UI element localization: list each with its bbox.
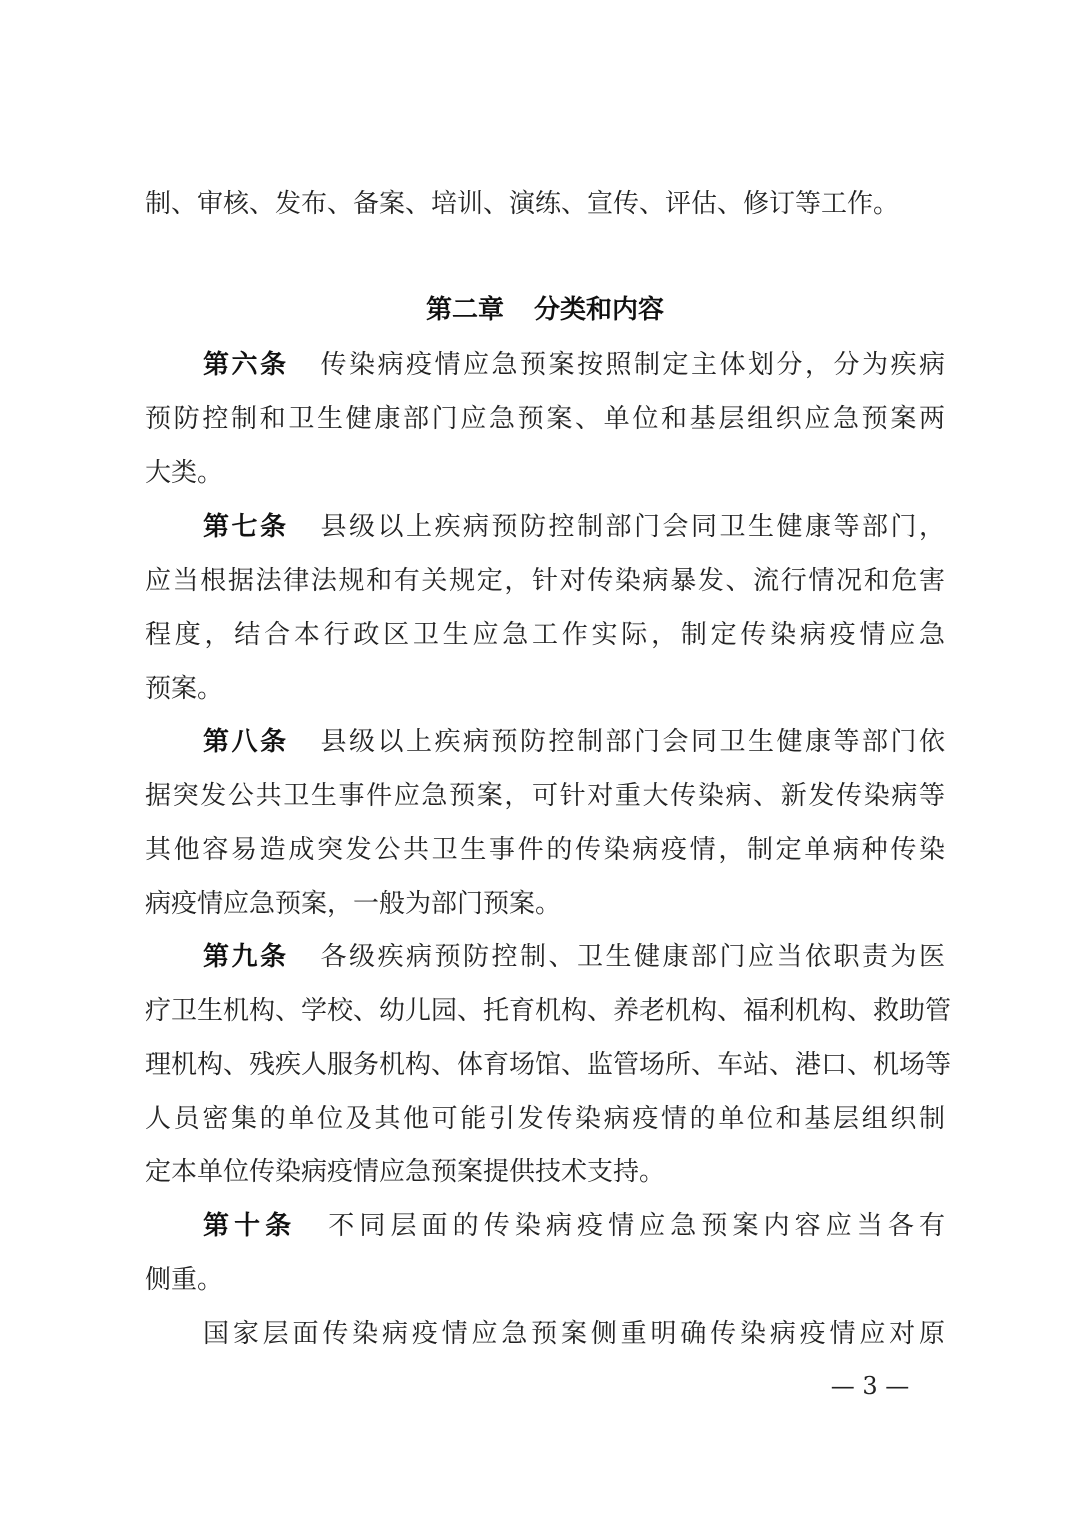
article-10-line-1: 第十条不同层面的传染病疫情应急预案内容应当各有 [203, 1206, 945, 1246]
article-8-line-3: 其他容易造成突发公共卫生事件的传染病疫情，制定单病种传染 [145, 830, 945, 870]
article-9-line-2: 疗卫生机构、学校、幼儿园、托育机构、养老机构、福利机构、救助管 [145, 991, 945, 1031]
article-10-line-2: 侧重。 [145, 1260, 945, 1300]
article-number: 第八条 [203, 727, 289, 757]
article-6-line-3: 大类。 [145, 453, 945, 493]
paragraph-national-level: 国家层面传染病疫情应急预案侧重明确传染病疫情应对原 [203, 1314, 945, 1354]
article-7-line-2: 应当根据法律法规和有关规定，针对传染病暴发、流行情况和危害 [145, 561, 945, 601]
chapter-heading: 第二章分类和内容 [0, 290, 1080, 330]
article-9-line-3: 理机构、残疾人服务机构、体育场馆、监管场所、车站、港口、机场等 [145, 1045, 945, 1085]
article-9-line-5: 定本单位传染病疫情应急预案提供技术支持。 [145, 1152, 945, 1192]
article-number: 第九条 [203, 942, 289, 972]
article-text: 县级以上疾病预防控制部门会同卫生健康等部门依 [321, 727, 945, 757]
article-text: 不同层面的传染病疫情应急预案内容应当各有 [328, 1211, 945, 1241]
article-text: 各级疾病预防控制、卫生健康部门应当依职责为医 [321, 942, 945, 972]
chapter-number: 第二章 [426, 295, 504, 325]
article-6-line-1: 第六条传染病疫情应急预案按照制定主体划分，分为疾病 [203, 345, 945, 385]
article-9-line-1: 第九条各级疾病预防控制、卫生健康部门应当依职责为医 [203, 937, 945, 977]
article-9-line-4: 人员密集的单位及其他可能引发传染病疫情的单位和基层组织制 [145, 1099, 945, 1139]
article-text: 传染病疫情应急预案按照制定主体划分，分为疾病 [321, 350, 945, 380]
article-number: 第七条 [203, 512, 289, 542]
article-7-line-1: 第七条县级以上疾病预防控制部门会同卫生健康等部门， [203, 507, 945, 547]
chapter-title: 分类和内容 [534, 295, 664, 325]
page-number: — 3 — [815, 1366, 925, 1406]
article-7-line-3: 程度，结合本行政区卫生应急工作实际，制定传染病疫情应急 [145, 615, 945, 655]
article-6-line-2: 预防控制和卫生健康部门应急预案、单位和基层组织应急预案两 [145, 399, 945, 439]
article-8-line-1: 第八条县级以上疾病预防控制部门会同卫生健康等部门依 [203, 722, 945, 762]
article-number: 第十条 [203, 1211, 296, 1241]
article-7-line-4: 预案。 [145, 669, 945, 709]
article-text: 县级以上疾病预防控制部门会同卫生健康等部门， [321, 512, 945, 542]
document-page: 制、审核、发布、备案、培训、演练、宣传、评估、修订等工作。 第二章分类和内容 第… [0, 0, 1080, 1528]
article-number: 第六条 [203, 350, 289, 380]
continuation-line: 制、审核、发布、备案、培训、演练、宣传、评估、修订等工作。 [145, 184, 945, 224]
article-8-line-4: 病疫情应急预案，一般为部门预案。 [145, 884, 945, 924]
article-8-line-2: 据突发公共卫生事件应急预案，可针对重大传染病、新发传染病等 [145, 776, 945, 816]
